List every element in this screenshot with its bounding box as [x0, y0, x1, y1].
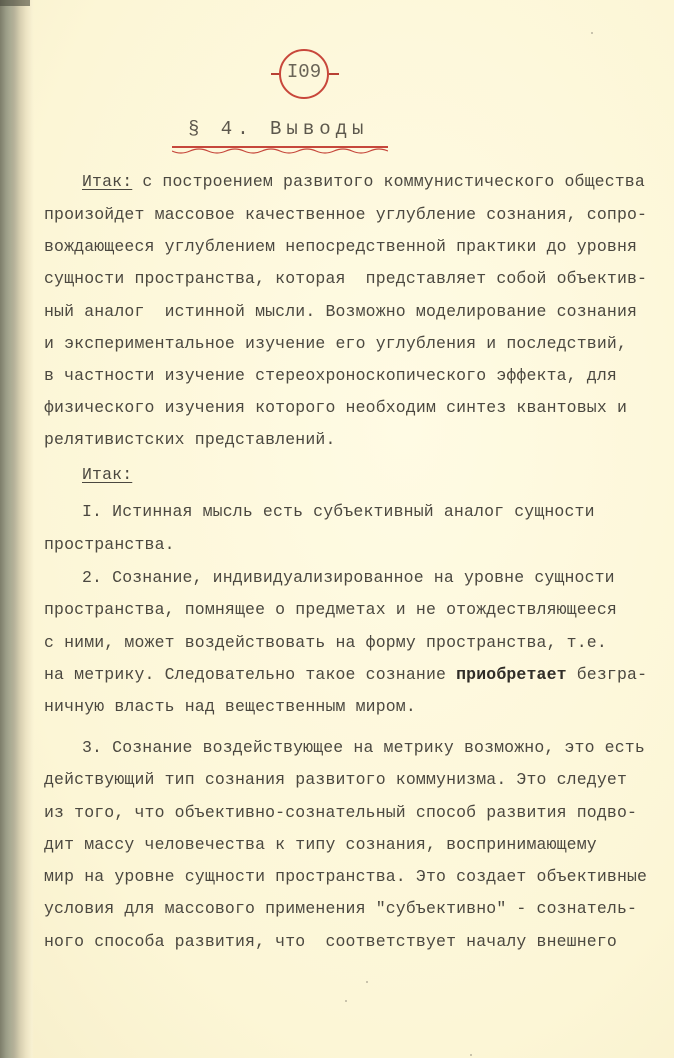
- item-3-line-1: 3. Сознание воздействующее на метрику во…: [82, 738, 645, 757]
- section-title: § 4. Выводы: [188, 118, 368, 140]
- paragraph-1-line-4: сущности пространства, которая представл…: [44, 269, 647, 288]
- conclusions-heading: Итак:: [82, 465, 132, 484]
- item-2-line-2: пространства, помнящее о предметах и не …: [44, 600, 617, 619]
- paragraph-1-line-6: и экспериментальное изучение его углубле…: [44, 334, 627, 353]
- item-3-line-5: мир на уровне сущности пространства. Это…: [44, 867, 647, 886]
- item-3-line-4: дит массу человечества к типу сознания, …: [44, 835, 597, 854]
- item-2-line-5: ничную власть над вещественным миром.: [44, 697, 416, 716]
- page-number: I09: [279, 61, 329, 83]
- item-3-line-2: действующий тип сознания развитого комму…: [44, 770, 627, 789]
- paragraph-1-line-9: релятивистских представлений.: [44, 430, 336, 449]
- binding-edge: [0, 0, 34, 1058]
- emphasized-word: приобретает: [456, 665, 567, 684]
- paragraph-1-line-8: физического изучения которого необходим …: [44, 398, 627, 417]
- item-3-line-3: из того, что объективно-сознательный спо…: [44, 803, 637, 822]
- paragraph-1-line-3: вождающееся углублением непосредственной…: [44, 237, 637, 256]
- item-1-line-1: I. Истинная мысль есть субъективный анал…: [82, 502, 595, 521]
- scanned-page: I09 § 4. Выводы Итак: с построением разв…: [0, 0, 674, 1058]
- paragraph-1-line-1: Итак: с построением развитого коммунисти…: [82, 172, 645, 191]
- item-2-line-4: на метрику. Следовательно такое сознание…: [44, 665, 647, 684]
- title-wavy-underline: [172, 148, 388, 156]
- page-number-mark: I09: [269, 49, 341, 103]
- paragraph-1-line-2: произойдет массовое качественное углубле…: [44, 205, 647, 224]
- page-number-dash-right: [329, 73, 339, 75]
- item-2-line-3: с ними, может воздействовать на форму пр…: [44, 633, 607, 652]
- paragraph-1-line-5: ный аналог истинной мысли. Возможно моде…: [44, 302, 637, 321]
- item-1-line-2: пространства.: [44, 535, 175, 554]
- paper-speck: [470, 1054, 472, 1056]
- lead-word-itak: Итак:: [82, 172, 132, 191]
- paragraph-1-line-7: в частности изучение стереохроноскопичес…: [44, 366, 617, 385]
- binding-shadow: [0, 0, 30, 6]
- paper-speck: [591, 32, 593, 34]
- item-3-line-6: условия для массового применения "субъек…: [44, 899, 637, 918]
- paper-speck: [345, 1000, 347, 1002]
- paper-speck: [366, 981, 368, 983]
- item-2-line-1: 2. Сознание, индивидуализированное на ур…: [82, 568, 615, 587]
- item-3-line-7: ного способа развития, что соответствует…: [44, 932, 617, 951]
